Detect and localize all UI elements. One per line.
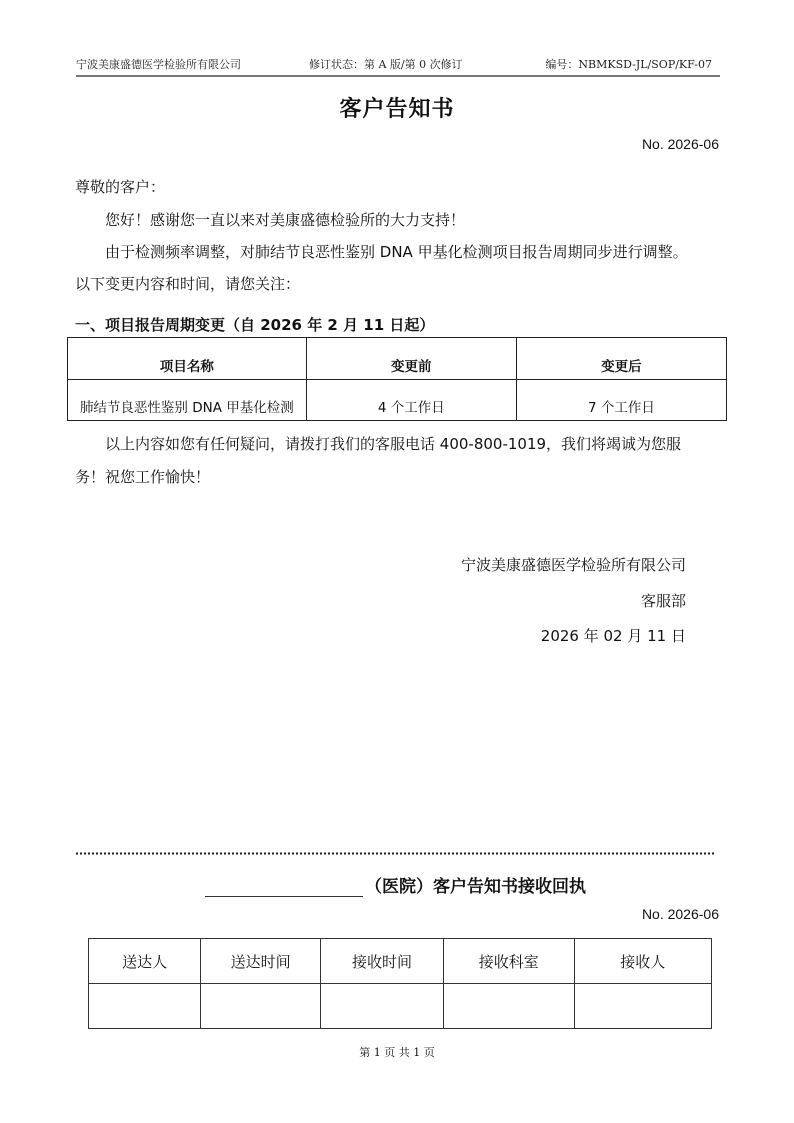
column-header-after: 变更后 bbox=[516, 338, 726, 380]
table-header-row: 项目名称 变更前 变更后 bbox=[68, 338, 727, 380]
header-revision: 修订状态：第 A 版/第 0 次修订 bbox=[309, 56, 463, 72]
header-divider bbox=[76, 75, 720, 77]
section-heading: 一、项目报告周期变更（自 2026 年 2 月 11 日起） bbox=[75, 314, 434, 335]
header-doc-code: 编号：NBMKSD-JL/SOP/KF-07 bbox=[545, 56, 712, 72]
hospital-name-blank[interactable] bbox=[205, 878, 363, 897]
cell-receiving-dept[interactable] bbox=[443, 984, 574, 1029]
cell-before: 4 个工作日 bbox=[306, 380, 516, 421]
cell-project-name: 肺结节良恶性鉴别 DNA 甲基化检测 bbox=[68, 380, 307, 421]
table-row bbox=[89, 984, 712, 1029]
body-paragraph-line1: 由于检测频率调整，对肺结节良恶性鉴别 DNA 甲基化检测项目报告周期同步进行调整… bbox=[105, 241, 688, 262]
cell-after: 7 个工作日 bbox=[516, 380, 726, 421]
signature-company: 宁波美康盛德医学检验所有限公司 bbox=[461, 554, 686, 575]
receipt-table: 送达人 送达时间 接收时间 接收科室 接收人 bbox=[88, 938, 712, 1029]
column-header-receiving-dept: 接收科室 bbox=[443, 939, 574, 984]
dotted-cut-line bbox=[75, 852, 715, 855]
closing-paragraph-line1: 以上内容如您有任何疑问，请拨打我们的客服电话 400-800-1019，我们将竭… bbox=[105, 433, 681, 454]
cell-send-time[interactable] bbox=[201, 984, 321, 1029]
greeting-paragraph: 您好！感谢您一直以来对美康盛德检验所的大力支持！ bbox=[105, 209, 465, 230]
column-header-receiver: 接收人 bbox=[574, 939, 711, 984]
document-number: No. 2026-06 bbox=[642, 136, 719, 152]
column-header-project: 项目名称 bbox=[68, 338, 307, 380]
receipt-title-text: （医院）客户告知书接收回执 bbox=[365, 872, 586, 897]
receipt-document-number: No. 2026-06 bbox=[642, 906, 719, 922]
page-title: 客户告知书 bbox=[0, 92, 794, 123]
column-header-sender: 送达人 bbox=[89, 939, 201, 984]
column-header-send-time: 送达时间 bbox=[201, 939, 321, 984]
table-row: 肺结节良恶性鉴别 DNA 甲基化检测 4 个工作日 7 个工作日 bbox=[68, 380, 727, 421]
page-footer: 第 1 页 共 1 页 bbox=[0, 1044, 794, 1060]
column-header-before: 变更前 bbox=[306, 338, 516, 380]
cell-sender[interactable] bbox=[89, 984, 201, 1029]
cell-receiver[interactable] bbox=[574, 984, 711, 1029]
change-table: 项目名称 变更前 变更后 肺结节良恶性鉴别 DNA 甲基化检测 4 个工作日 7… bbox=[67, 337, 727, 421]
column-header-receive-time: 接收时间 bbox=[321, 939, 444, 984]
receipt-header-row: 送达人 送达时间 接收时间 接收科室 接收人 bbox=[89, 939, 712, 984]
closing-paragraph-line2: 务！祝您工作愉快！ bbox=[75, 466, 210, 487]
body-paragraph-line2: 以下变更内容和时间，请您关注： bbox=[75, 273, 300, 294]
salutation: 尊敬的客户： bbox=[75, 176, 165, 197]
receipt-title: （医院）客户告知书接收回执 bbox=[205, 872, 586, 897]
cell-receive-time[interactable] bbox=[321, 984, 444, 1029]
signature-date: 2026 年 02 月 11 日 bbox=[541, 625, 686, 646]
header-company: 宁波美康盛德医学检验所有限公司 bbox=[76, 56, 241, 72]
signature-department: 客服部 bbox=[641, 590, 686, 611]
